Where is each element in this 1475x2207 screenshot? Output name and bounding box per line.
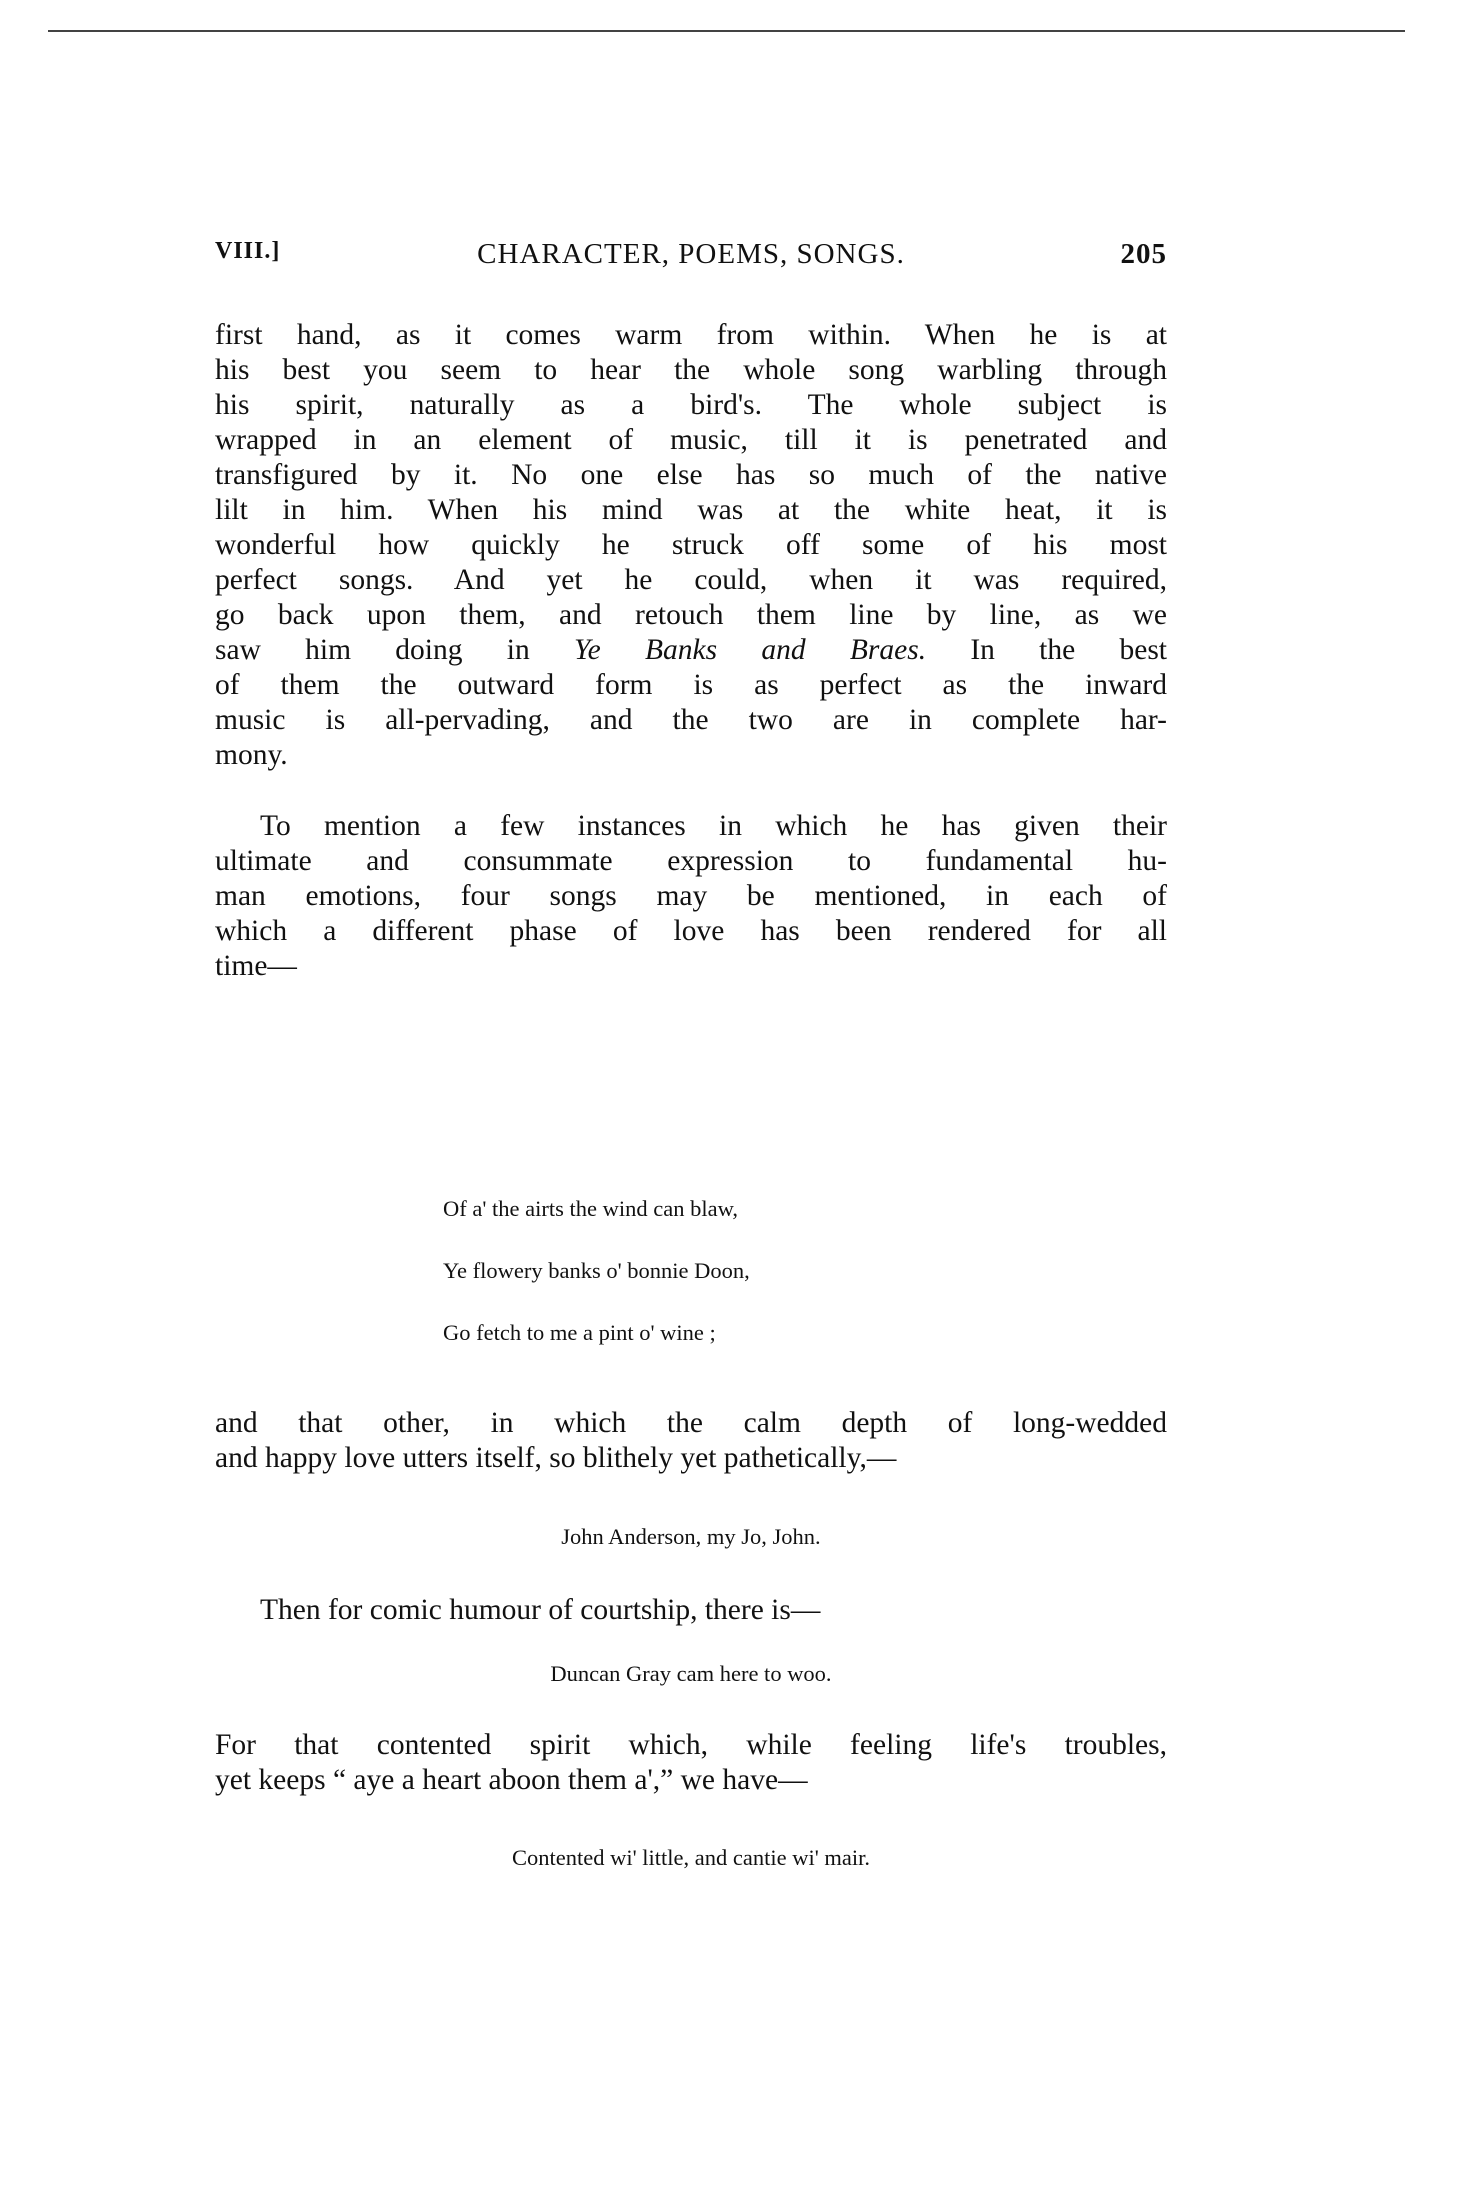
paragraph-1: first hand, as it comes warm from within… (215, 318, 1167, 773)
text-line: music is all-pervading, and the two are … (215, 703, 1167, 738)
text-line: and happy love utters itself, so blithel… (215, 1441, 1167, 1476)
paragraph-2: To mention a few instances in which he h… (215, 809, 1167, 984)
text-line: first hand, as it comes warm from within… (215, 318, 1167, 353)
verse-line: Go fetch to me a pint o' wine ; (215, 1318, 1167, 1348)
paragraph-4: Then for comic humour of courtship, ther… (215, 1593, 1167, 1628)
running-title: CHARACTER, POEMS, SONGS. (215, 238, 1167, 271)
text-line: of them the outward form is as perfect a… (215, 668, 1167, 703)
verse-line: John Anderson, my Jo, John. (215, 1522, 1167, 1552)
text-line: man emotions, four songs may be mentione… (215, 879, 1167, 914)
text-line: wrapped in an element of music, till it … (215, 423, 1167, 458)
text-line-with-title: saw him doing in Ye Banks and Braes. In … (215, 633, 1167, 668)
top-rule (48, 30, 1405, 32)
page-number: 205 (1121, 238, 1168, 271)
verse-line: Duncan Gray cam here to woo. (215, 1659, 1167, 1689)
text-line: go back upon them, and retouch them line… (215, 598, 1167, 633)
paragraph-3: and that other, in which the calm depth … (215, 1406, 1167, 1476)
text-line: perfect songs. And yet he could, when it… (215, 563, 1167, 598)
text-line: lilt in him. When his mind was at the wh… (215, 493, 1167, 528)
text-line: yet keeps “ aye a heart aboon them a',” … (215, 1763, 1167, 1798)
text-line: his spirit, naturally as a bird's. The w… (215, 388, 1167, 423)
text-line: mony. (215, 738, 1167, 773)
text-line: ultimate and consummate expression to fu… (215, 844, 1167, 879)
text-line: wonderful how quickly he struck off some… (215, 528, 1167, 563)
text-line: For that contented spirit which, while f… (215, 1728, 1167, 1763)
song-title-italic: Ye Banks and Braes. (574, 634, 926, 666)
running-head: VIII.] CHARACTER, POEMS, SONGS. 205 (215, 238, 1167, 278)
text-line: Then for comic humour of courtship, ther… (215, 1593, 1167, 1628)
text-line: To mention a few instances in which he h… (215, 809, 1167, 844)
verse-line: Ye flowery banks o' bonnie Doon, (215, 1256, 1167, 1286)
text-line: and that other, in which the calm depth … (215, 1406, 1167, 1441)
text-fragment: saw him doing in (215, 634, 574, 666)
verse-line: Of a' the airts the wind can blaw, (215, 1194, 1167, 1224)
text-line: time— (215, 949, 1167, 984)
text-fragment: In the best (926, 634, 1167, 666)
verse-line: Contented wi' little, and cantie wi' mai… (215, 1843, 1167, 1873)
text-line: which a different phase of love has been… (215, 914, 1167, 949)
text-line: his best you seem to hear the whole song… (215, 353, 1167, 388)
paragraph-5: For that contented spirit which, while f… (215, 1728, 1167, 1798)
text-line: transfigured by it. No one else has so m… (215, 458, 1167, 493)
